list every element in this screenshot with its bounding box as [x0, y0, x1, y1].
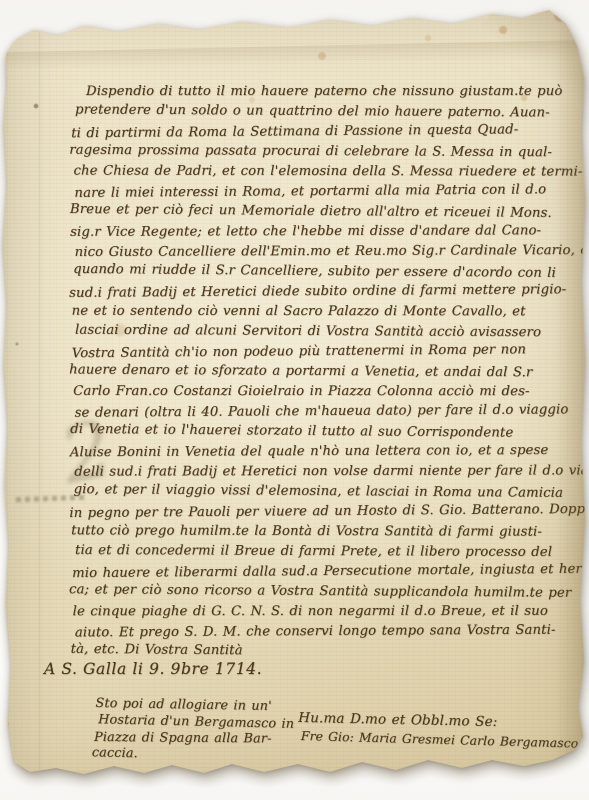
- paper-crease-top: [0, 40, 589, 79]
- manuscript-line: ca; et per ciò sono ricorso a Vostra San…: [69, 580, 575, 604]
- binding-mark: [3, 737, 8, 744]
- manuscript-line: delli sud.i frati Badij et Heretici non …: [74, 461, 580, 482]
- scanned-manuscript-page: { "colors": { "paper": "#e9dec0", "paper…: [0, 0, 589, 800]
- signature-block: Hu.ma D.mo et Obbl.mo Se:Fre Gio: Maria …: [298, 709, 589, 753]
- binding-mark: [3, 694, 8, 701]
- paper-shadow: 2 Dispendio di tutto il mio hauere pater…: [0, 0, 589, 800]
- manuscript-line: sud.i frati Badij et Heretici diede subi…: [69, 280, 575, 304]
- manuscript-line: in pegno per tre Pauoli per viuere ad un…: [69, 500, 575, 524]
- manuscript-line: che Chiesa de Padri, et con l'elemosina …: [73, 162, 579, 183]
- manuscript-line: Aluise Bonini in Venetia del quale n'hò …: [70, 441, 576, 463]
- letter-body: Dispendio di tutto il mio hauere paterno…: [72, 82, 578, 662]
- manuscript-line: tutto ciò prego humilm.te la Bontà di Vo…: [71, 521, 577, 542]
- manuscript-line: hauere denaro et io sforzato a portarmi …: [69, 360, 575, 383]
- manuscript-line: Carlo Fran.co Costanzi Gioielraio in Pia…: [73, 382, 579, 402]
- binding-mark: [3, 752, 8, 759]
- manuscript-line: le cinque piaghe di G. C. N. S. di non n…: [73, 602, 579, 622]
- manuscript-line: sig.r Vice Regente; et letto che l'hebbe…: [70, 221, 576, 243]
- manuscript-line: Dispendio di tutto il mio hauere paterno…: [72, 82, 578, 102]
- dateline: A S. Galla li 9. 9bre 1714.: [44, 660, 262, 678]
- paper-fold-vertical: [38, 20, 41, 770]
- paper-edge-shading-bottom: [0, 770, 589, 800]
- binding-mark: [3, 722, 8, 729]
- manuscript-line: ragesima prossima passata procurai di ce…: [69, 141, 575, 164]
- manuscript-line: ne et io sentendo ciò venni al Sacro Pal…: [72, 302, 578, 323]
- manuscript-paper: 2 Dispendio di tutto il mio hauere pater…: [0, 0, 589, 800]
- binding-mark: [3, 708, 8, 715]
